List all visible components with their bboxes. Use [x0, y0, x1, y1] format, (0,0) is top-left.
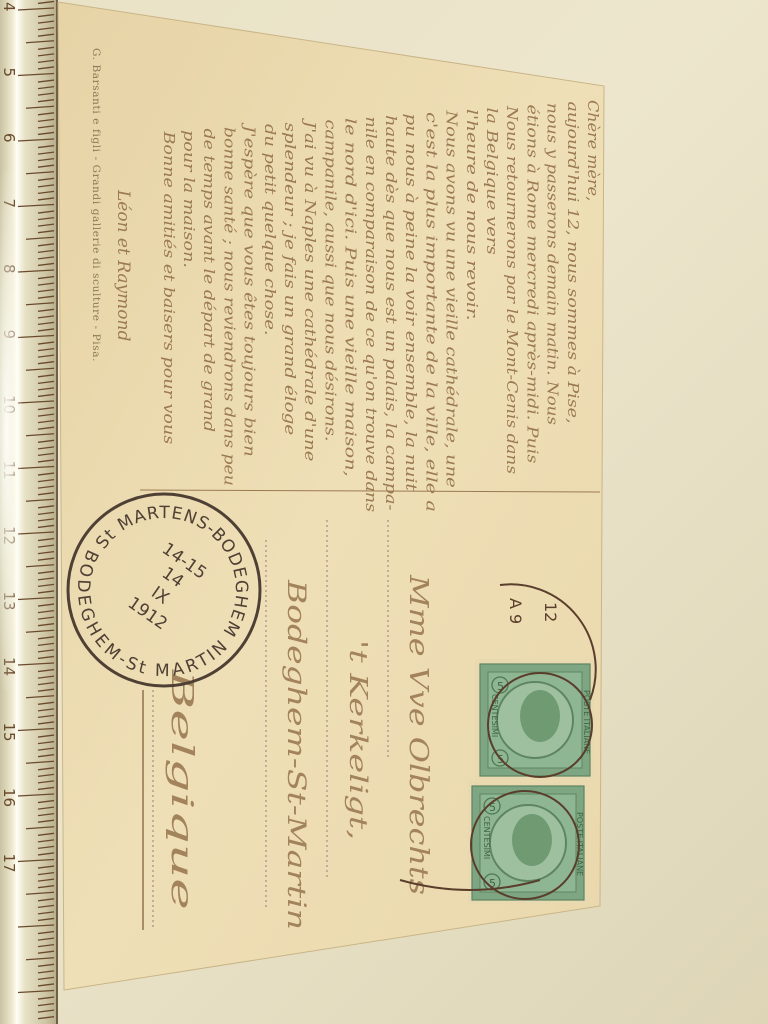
message-line: haute dès que nous est un palais, la cam…: [382, 115, 400, 511]
message-line: nous y passerons demain matin. Nous: [544, 103, 562, 425]
message-line: étions à Rome mercredi après-midi. Puis: [523, 105, 541, 464]
stamp-bottom-denomination: CENTESIMI: [482, 816, 491, 859]
postmark-year: 1912: [124, 593, 171, 634]
address-line: Mme Vve Olbrechts: [403, 574, 433, 895]
postmark-top-text: St MARTENS-BODEGHEM: [91, 469, 285, 642]
message-line: le nord d'ici. Puis une vieille maison,: [342, 118, 360, 477]
message-line: campanile, aussi que nous désirons.: [321, 120, 339, 442]
message-line: c'est la plus importante de la ville, el…: [422, 112, 440, 512]
photo-scene: 4567891011121314151617: [0, 0, 768, 1024]
ruler-label: 7: [0, 199, 18, 209]
stamp-top-value-1: 5: [497, 680, 504, 693]
message-line: nile en comparaison de ce qu'on trouve d…: [362, 117, 380, 513]
ruler-label: 14: [0, 657, 18, 676]
stamp-bottom-value-2: 5: [489, 877, 496, 890]
message-line: du petit quelque chose.: [261, 124, 279, 336]
postcard: G. Barsanti e figli - Grandi gallerie di…: [0, 0, 768, 1024]
message-line: J'espère que vous êtes toujours bien: [241, 122, 259, 457]
stamp-top-country: POSTE ITALIANE: [582, 690, 591, 754]
message-line: pu nous à peine la voir ensemble, la nui…: [402, 114, 420, 492]
ruler-label: 17: [0, 854, 18, 873]
stamp-bottom-value-1: 5: [489, 801, 496, 814]
message-line: aujourd'hui 12, nous sommes à Pise,: [564, 102, 582, 424]
address-line: Bodeghem-St-Martin: [282, 579, 311, 930]
postmark-main: St MARTENS-BODEGHEM BODEGHEM-St MARTIN 1…: [37, 467, 288, 717]
address-line: 't Kerkeligt,: [344, 640, 372, 840]
ruler-label: 5: [0, 68, 18, 78]
message-line: la Belgique vers: [483, 108, 501, 256]
stamp-top: 5 5 POSTE ITALIANE CENTESIMI: [476, 660, 594, 780]
postmark-day: 14: [158, 563, 187, 592]
stamp-bottom-country: POSTE ITALIANE: [575, 812, 584, 876]
postmark-bottom-text: BODEGHEM-St MARTIN: [37, 544, 234, 717]
message-line: pour la maison.: [180, 130, 198, 268]
postmark-time: 14-15: [158, 539, 210, 584]
postmark-month: IX: [147, 583, 172, 609]
ruler-label: 6: [0, 133, 18, 143]
message-line: J'ai vu à Naples une cathédrale d'une: [301, 117, 319, 461]
stamp-top-denomination: CENTESIMI: [490, 694, 499, 737]
svg-text:BODEGHEM-St MARTIN: BODEGHEM-St MARTIN: [37, 544, 234, 717]
message-line: splendeur ; je fais un grand éloge: [281, 123, 299, 436]
ruler-label: 13: [0, 592, 18, 611]
message-line: Nous avons vu une vieille cathédrale, un…: [443, 109, 461, 488]
message-line: l'heure de nous revoir.: [463, 109, 481, 321]
publisher-imprint: G. Barsanti e figli - Grandi gallerie di…: [90, 48, 102, 362]
message-line: de temps avant le départ de grand: [200, 129, 218, 433]
postmark-stamp-year: 12: [541, 602, 560, 622]
stamp-top-value-2: 5: [497, 753, 504, 766]
ruler-label: 8: [0, 264, 18, 274]
postmark-stamp-cancel: [400, 584, 596, 899]
signature: Léon et Raymond: [113, 189, 133, 341]
postmark-stamp-text: A 9: [506, 598, 525, 624]
ruler-label: 16: [0, 788, 18, 807]
stamp-bottom: 5 5 POSTE ITALIANE CENTESIMI: [468, 782, 588, 904]
postcard-body: [58, 2, 604, 990]
ruler-label: 15: [0, 723, 18, 742]
address-line: Belgique: [164, 668, 199, 910]
message-line: bonne santé ; nous reviendrons dans peu: [220, 127, 238, 486]
message-line: Chère mère,: [584, 100, 602, 201]
ruler-label: 12: [0, 526, 18, 545]
ruler-label: 11: [0, 461, 18, 480]
message-line: Nous retournerons par le Mont-Cenis dans: [503, 105, 521, 474]
ruler-label: 4: [0, 2, 18, 12]
ruler-label: 10: [0, 395, 18, 414]
ruler-label: 9: [0, 330, 18, 340]
svg-text:St MARTENS-BODEGHEM: St MARTENS-BODEGHEM: [91, 469, 285, 642]
ruler: 4567891011121314151617: [0, 0, 58, 1024]
ruler-ticks: 4567891011121314151617: [0, 0, 56, 1024]
message-line: Bonne amitiés et baisers pour vous: [160, 130, 178, 444]
